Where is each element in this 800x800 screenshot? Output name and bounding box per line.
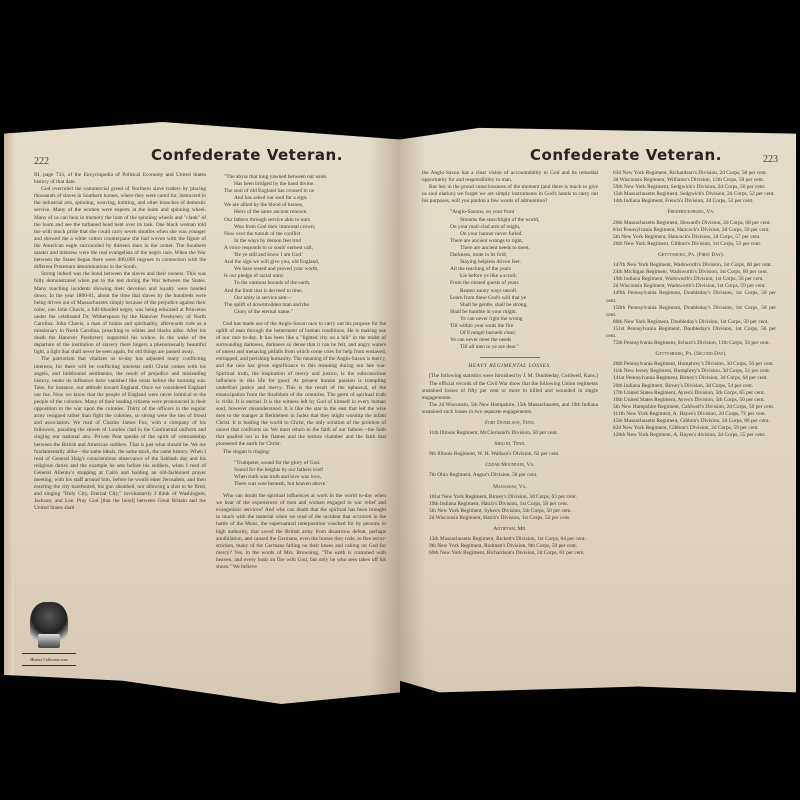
section-title-heavy-regimental-losses: HEAVY REGIMENTAL LOSSES. [422,363,598,370]
poem-line: From the misted quests of years [450,280,598,287]
regiment-entry: 19th Indiana Regiment, Hatch's Division,… [422,501,598,508]
battle-heading: Fort Donelson, Tenn. [422,420,598,427]
poem-line: The uplift of downtrodden man and the [224,302,386,309]
regiment-entry: 5th New York Regiment, Hancock's Divisio… [606,234,776,241]
poem-line: To the outmost bounds of the earth, [224,280,386,287]
regiment-entry: 69th New York Regiment, Richardson's Div… [422,550,598,557]
poem-line: A voice responds to ur souls' earnest ca… [224,245,386,252]
poem-line: Heirs of the same ancient renown. [224,209,386,216]
battle-heading: Cedar Mountain, Va. [422,462,598,469]
regiment-entry: 149th Pennsylvania Regiment, Doubleday's… [606,290,776,304]
battle-heading: Fredericksburg, Va. [606,209,776,216]
regiment-entry: 12th Massachusetts Regiment, Rickett's D… [422,536,598,543]
poem-line: When truth was truth and love was love, [234,474,386,481]
watermark-logo: History Collectors.com [22,602,76,688]
poem-line: In the ways by demon feet trod [224,238,386,245]
regiment-entry: 147th New York Regiment, Wadsworth's Div… [606,262,776,269]
poem-line: Won from God their immortal crown; [224,224,386,231]
open-magazine: 222 Confederate Veteran. III, page 733, … [4,122,796,704]
regiment-entry: 101st New York Regiment, Birney's Divisi… [422,494,598,501]
poem-trumpeter: "Trumpeter, sound for the glory of God. … [234,460,386,488]
poem-line: Beaten sunny ways unroll. [450,288,598,295]
watermark-text: History Collectors.com [22,657,76,662]
poem-line: There are ancient wrongs to right, [450,238,598,245]
paragraph: The 2d Wisconsin, 5th New Hampshire, 15t… [422,402,598,416]
masthead-left: Confederate Veteran. [151,146,343,164]
regiment-entry: 9th New York Regiment, Rodman's Division… [422,543,598,550]
regiment-entry: 10th United States Regiment, Ayres's Div… [606,397,776,404]
regiment-entry: 2d Wisconsin Regiment, Hatch's Division,… [422,515,598,522]
poem-line: There was woe beneath, but heaven above.… [234,481,386,488]
regiment-entry: 2d Wisconsin Regiment, Wadsworth's Divis… [606,283,776,290]
battle-heading: Manassas, Va. [422,484,598,491]
right-column-1: the Anglo-Saxon has a clear vision of ac… [422,170,598,557]
paragraph: Who can doubt the spiritual influences a… [216,493,386,571]
regiment-entry: 19th Indiana Regiment, Wadsworth's Divis… [606,276,776,283]
regiment-entry: 59th New York Regiment, Sedgwick's Divis… [606,184,776,191]
regiment-entry: 11th Illinois Regiment, McClernand's Div… [422,430,598,437]
divider [22,665,76,666]
page-number-left: 222 [34,156,49,167]
paragraph: III, page 733, of the Encyclopedia of Po… [34,172,206,186]
divider [22,653,76,654]
section-divider [480,357,540,358]
regiment-entry: 81st Pennsylvania Regiment, Hancock's Di… [606,227,776,234]
poem-line: "Trumpeter, sound for the glory of God. [234,460,386,467]
paragraph: The patriotism that vitalizes us to-day … [34,356,206,512]
poem-line: Our unity in service aim— [224,295,386,302]
regiment-entry: 15th Massachusetts Regiment, Sedgwick's … [606,191,776,198]
regiment-entry: 17th United States Regiment, Ayres's Div… [606,390,776,397]
paragraph: The official records of the Civil War sh… [422,381,598,402]
poem-line: Ye can never right the wrong [450,316,598,323]
poem-line: Learn from these God's will that ye [450,295,598,302]
regiment-entry: 82d New York Regiment, Gibbon's Division… [606,425,776,432]
poem-line: 'Be ye still and know I am God.' [224,252,386,259]
masthead-right: Confederate Veteran. [530,146,722,164]
regiment-entry: 5th New York Regiment, Sykes's Division,… [422,508,598,515]
paragraph: Strong indeed was the bond between the s… [34,271,206,356]
regiment-entry: 151st Pennsylvania Regiment, Doubleday's… [606,326,776,340]
left-page: 222 Confederate Veteran. III, page 733, … [4,122,400,704]
poem-anglo-saxons: "Anglo-Saxons, on your front Streams the… [450,209,598,351]
paragraph: [The following statistics were furnished… [422,373,598,380]
left-column-1: III, page 733, of the Encyclopedia of Po… [34,172,206,513]
regiment-entry: 126th New York Regiment, A. Hayes's divi… [606,432,776,439]
regiment-entry: 26th New York Regiment, Gibbon's Divisio… [606,241,776,248]
regiment-entry: 24th Michigan Regiment, Wadsworth's Divi… [606,269,776,276]
poem-line: Glory of the eternal name." [224,309,386,316]
paragraph: the Anglo-Saxon has a clear vision of ac… [422,170,598,184]
regiment-entry: 150th Pennsylvania Regiment, Doubleday's… [606,305,776,319]
poem-line: Ye can never meet the needs [450,337,598,344]
poem-line: Now over the tumult of the conflict [224,231,386,238]
poem-line: And the limit that is decreed to time, [224,288,386,295]
battle-heading: Gettysburg, Pa. (Second Day). [606,351,776,358]
regiment-entry: 11th New Jersey Regiment, Humphrey's Div… [606,368,776,375]
battle-heading: Antietam, Md. [422,526,598,533]
battle-heading: Shiloh, Tenn. [422,441,598,448]
regiment-entry: 7th Ohio Regiment, Augur's Division, 58 … [422,472,598,479]
poem-line: Sound for the heights by our fathers tro… [234,467,386,474]
regiment-entry: 80th New York Regiment, Doubleday's Divi… [606,319,776,326]
regiment-entry: 9th Illinois Regiment, W. H. Wallace's D… [422,451,598,458]
poem-line: Shall be gentle, shall be strong, [450,302,598,309]
paragraph: But lest in the proud consciousness of t… [422,184,598,205]
regiment-entry: 14th Indiana Regiment, French's Division… [606,198,776,205]
paragraph: God overruled the commercial greed of No… [34,186,206,271]
regiment-entry: 111th New York Regiment, A. Hayes's Divi… [606,411,776,418]
paragraph: The slogan is ringing: [216,449,386,456]
regiment-entry: 141st Pennsylvania Regiment, Birney's Di… [606,375,776,382]
poem-line: Streams the searchlight of the world, [450,217,598,224]
poem-line: Till all men to ye are dear." [450,344,598,351]
poem-line: And the sign we will give you, old Engla… [224,259,386,266]
poem-line: Shall be humble in your might. [450,309,598,316]
left-column-2: "The abyss that long yawned between our … [216,172,386,571]
regiment-entry: 3d Wisconsin Regiment, Williams's Divisi… [606,177,776,184]
regiment-entry: 15th Massachusetts Regiment, Gibbon's Di… [606,418,776,425]
poem-line: On your mail-clad arm of might, [450,224,598,231]
page-number-right: 223 [763,154,778,165]
right-column-2: 63d New York Regiment, Richardson's Divi… [606,170,776,439]
poem-anglo-saxon-unity: "The abyss that long yawned between our … [224,174,386,316]
poem-line: There are ancient needs to meet. [450,245,598,252]
poem-line: "Anglo-Saxons, on your front [450,209,598,216]
poem-line: "The abyss that long yawned between our … [224,174,386,181]
right-page: Confederate Veteran. 223 the Anglo-Saxon… [400,122,796,704]
paragraph: God has made use of the Anglo-Saxon race… [216,321,386,449]
regiment-entry: 20th Indiana Regiment, Birney's Division… [606,383,776,390]
poem-line: On your banner never furled. [450,231,598,238]
regiment-entry: 75th Pennsylvania Regiment, Schurz's Div… [606,340,776,347]
regiment-entry: 5th New Hampshire Regiment, Caldwell's D… [606,404,776,411]
bust-statue-icon [30,602,68,650]
poem-line: Till within your souls the fire [450,323,598,330]
battle-heading: Gettysburg, Pa. (First Day). [606,252,776,259]
regiment-entry: 20th Massachusetts Regiment, Howard's Di… [606,220,776,227]
regiment-entry: 63d New York Regiment, Richardson's Divi… [606,170,776,177]
poem-line: Of Evangel burneth clear; [450,330,598,337]
regiment-entry: 26th Pennsylvania Regiment, Humphrey's D… [606,361,776,368]
poem-line: Our fathers through service akin to ours [224,217,386,224]
